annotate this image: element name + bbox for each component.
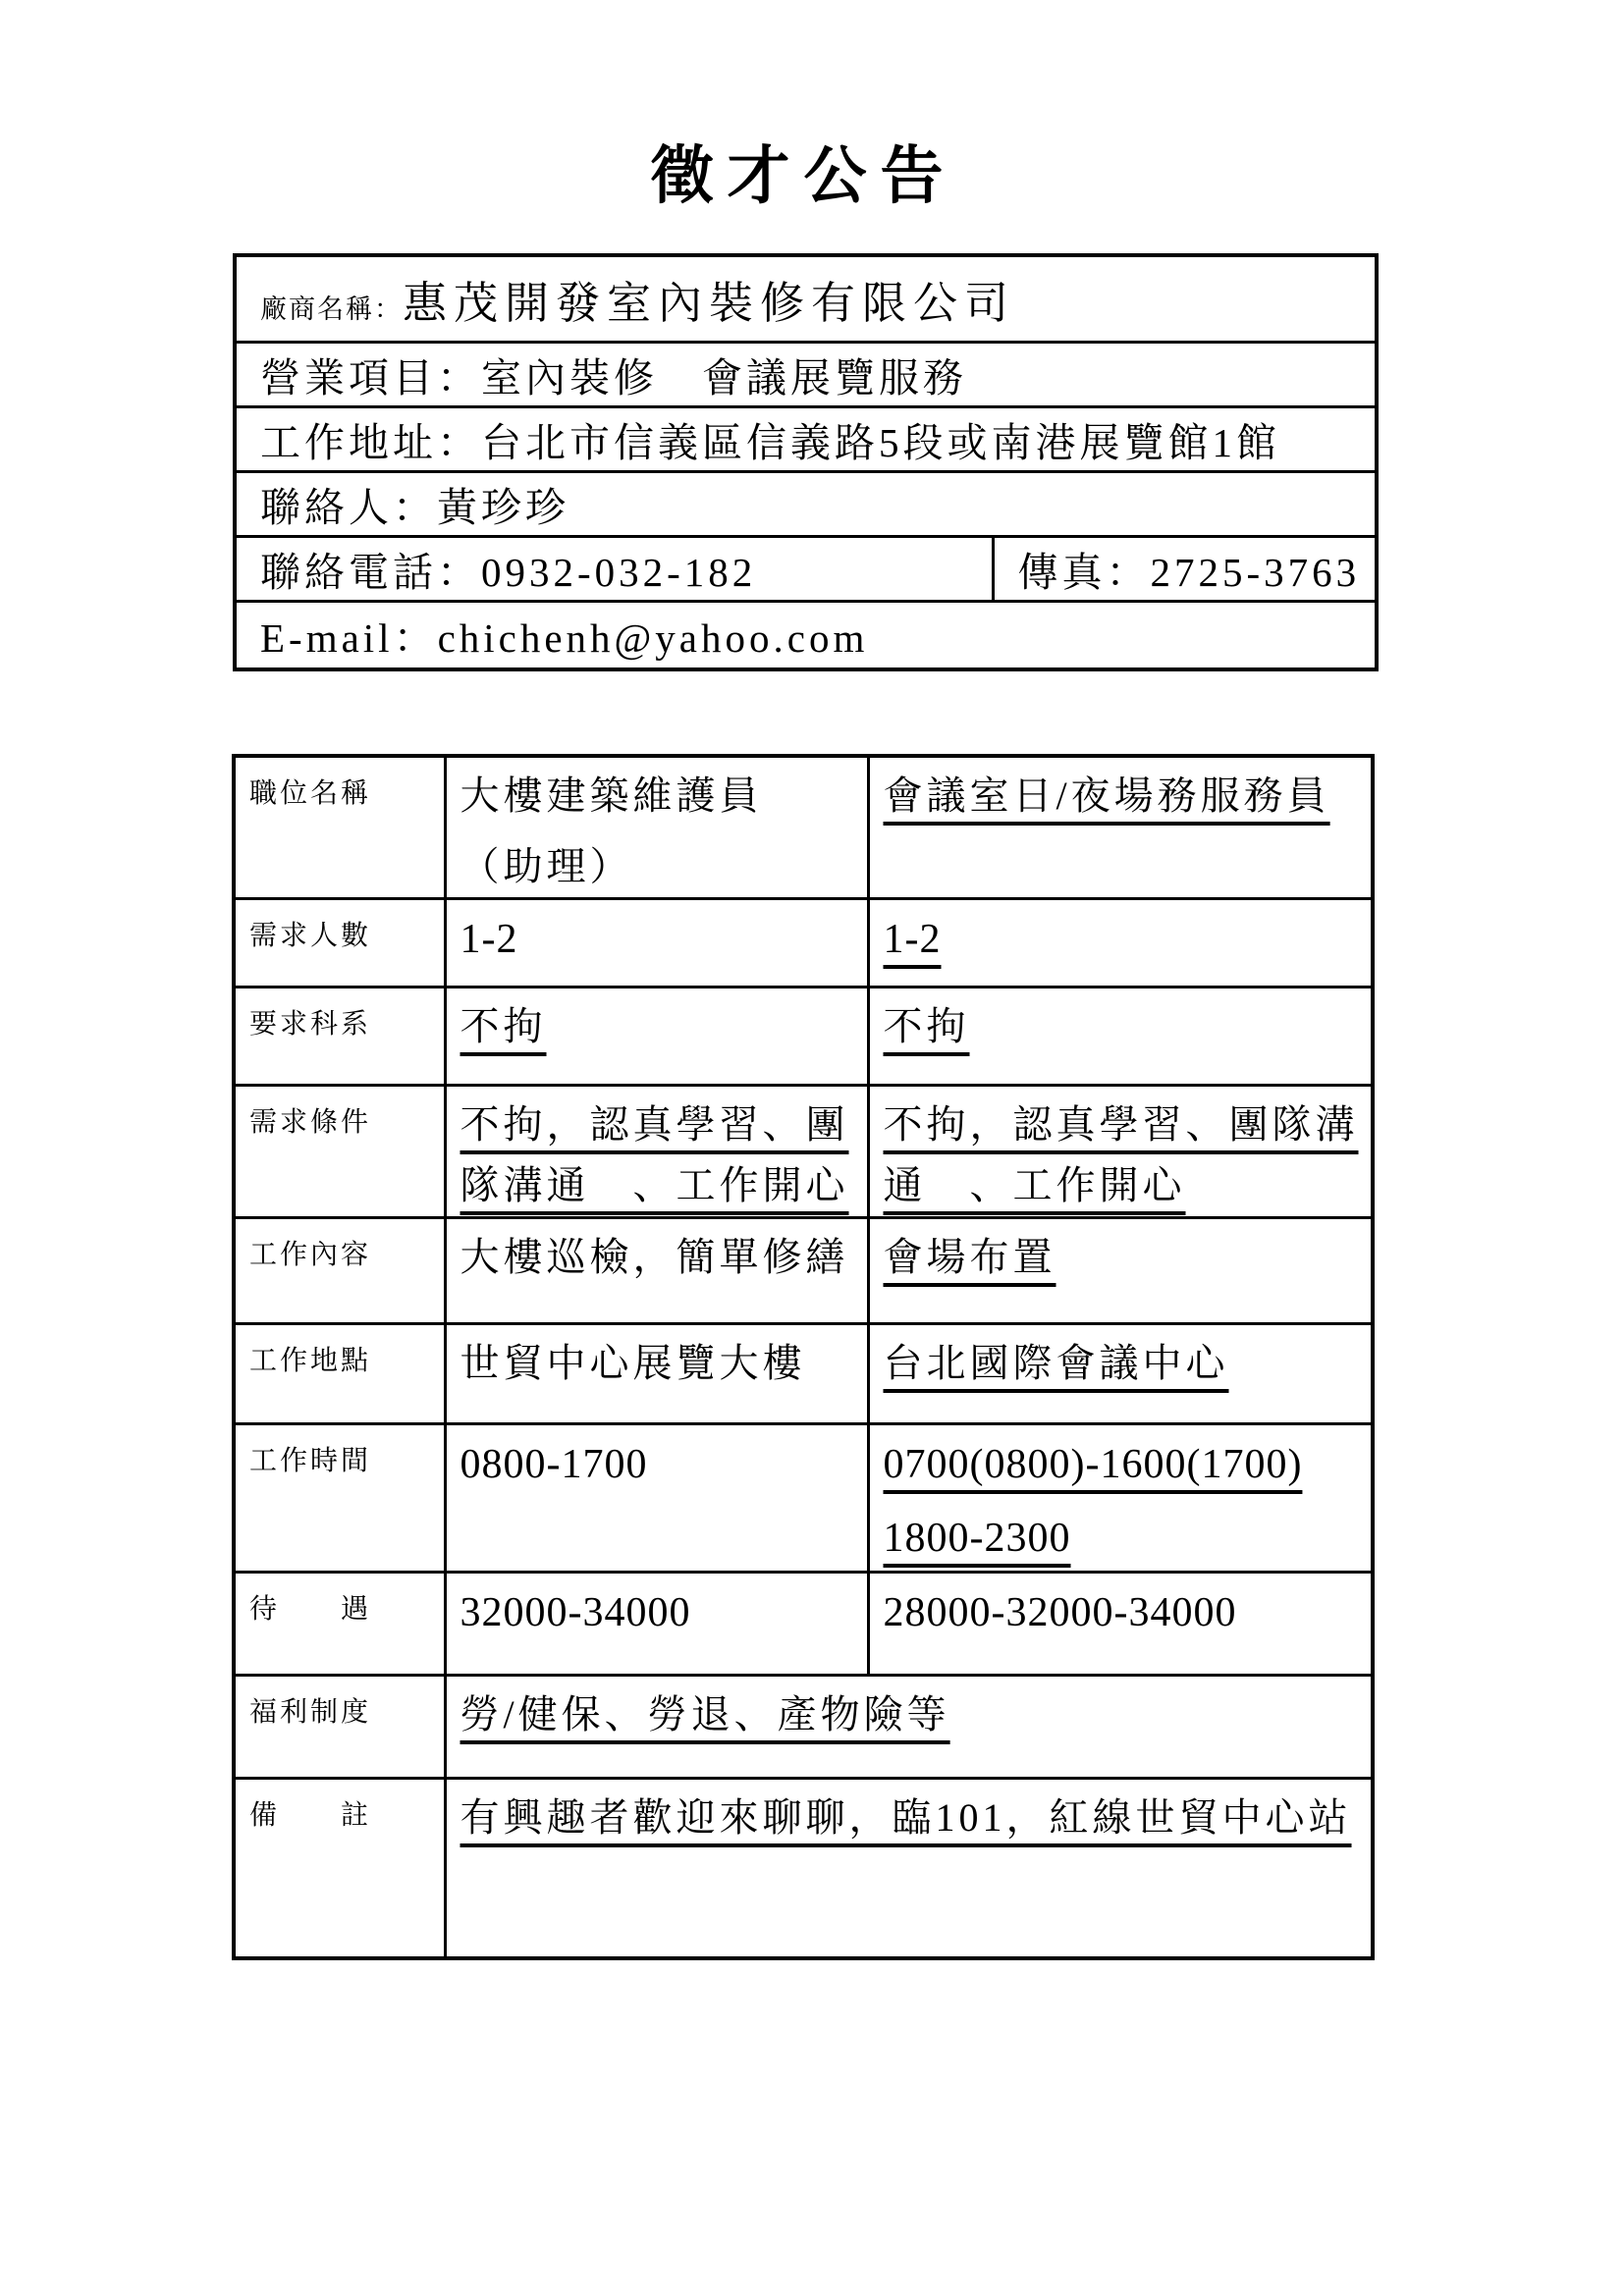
phone-fax-row: 聯絡電話：0932-032-182 傳真：2725-3763 — [235, 536, 1377, 601]
row-label: 職位名稱 — [234, 756, 445, 899]
headcount-b: 1-2 — [868, 899, 1373, 988]
salary-row: 待 遇 32000-34000 28000-32000-34000 — [234, 1573, 1373, 1676]
job-table: 職位名稱 大樓建築維護員（助理） 會議室日/夜場務服務員 需求人數 1-2 1-… — [232, 754, 1375, 1960]
job-a-title-cell: 大樓建築維護員（助理） — [445, 756, 868, 899]
job-location-row: 工作地點 世貿中心展覽大樓 台北國際會議中心 — [234, 1324, 1373, 1424]
major-b: 不拘 — [868, 988, 1373, 1086]
page-title: 徵才公告 — [233, 126, 1375, 216]
email-row: E-mail：chichenh@yahoo.com — [235, 601, 1377, 669]
row-label: 工作內容 — [234, 1218, 445, 1324]
business-row: 營業項目：室內裝修 會議展覽服務 — [235, 342, 1377, 406]
benefits-value-cell: 勞/健保、勞退、產物險等 — [445, 1676, 1373, 1779]
job-content-b-value: 會場布置 — [884, 1235, 1056, 1279]
job-b-title: 會議室日/夜場務服務員 — [884, 774, 1330, 818]
requirements-b: 不拘，認真學習、團隊溝通 、工作開心 — [868, 1086, 1373, 1218]
salary-a: 32000-34000 — [445, 1573, 868, 1676]
requirements-row: 需求條件 不拘，認真學習、團隊溝通 、工作開心 不拘，認真學習、團隊溝通 、工作… — [234, 1086, 1373, 1218]
salary-b: 28000-32000-34000 — [868, 1573, 1373, 1676]
vendor-cell: 廠商名稱：惠茂開發室內裝修有限公司 — [235, 255, 1377, 342]
remarks-row: 備 註 有興趣者歡迎來聊聊，臨101，紅線世貿中心站 — [234, 1779, 1373, 1958]
row-label: 要求科系 — [234, 988, 445, 1086]
work-hours-b: 0700(0800)-1600(1700)1800-2300 — [868, 1424, 1373, 1573]
job-location-b-value: 台北國際會議中心 — [884, 1341, 1229, 1385]
row-label: 需求條件 — [234, 1086, 445, 1218]
contact-cell: 聯絡人：黃珍珍 — [235, 471, 1377, 536]
benefits-value: 勞/健保、勞退、產物險等 — [460, 1692, 950, 1736]
job-a-title-line2: （助理） — [460, 836, 859, 897]
row-label: 需求人數 — [234, 899, 445, 988]
contact-row: 聯絡人：黃珍珍 — [235, 471, 1377, 536]
remarks-value: 有興趣者歡迎來聊聊，臨101，紅線世貿中心站 — [460, 1795, 1352, 1840]
headcount-row: 需求人數 1-2 1-2 — [234, 899, 1373, 988]
row-label: 福利制度 — [234, 1676, 445, 1779]
phone-cell: 聯絡電話：0932-032-182 — [235, 536, 993, 601]
address-row: 工作地址：台北市信義區信義路5段或南港展覽館1館 — [235, 406, 1377, 471]
benefits-row: 福利制度 勞/健保、勞退、產物險等 — [234, 1676, 1373, 1779]
row-label: 工作地點 — [234, 1324, 445, 1424]
remarks-value-cell: 有興趣者歡迎來聊聊，臨101，紅線世貿中心站 — [445, 1779, 1373, 1958]
work-hours-b-line1: 0700(0800)-1600(1700) — [884, 1442, 1303, 1487]
business-cell: 營業項目：室內裝修 會議展覽服務 — [235, 342, 1377, 406]
vendor-name: 惠茂開發室內裝修有限公司 — [403, 279, 1015, 328]
job-content-a: 大樓巡檢，簡單修繕 — [445, 1218, 868, 1324]
major-row: 要求科系 不拘 不拘 — [234, 988, 1373, 1086]
headcount-b-value: 1-2 — [884, 917, 942, 962]
work-hours-a: 0800-1700 — [445, 1424, 868, 1573]
vendor-label: 廠商名稱： — [260, 294, 403, 324]
headcount-a: 1-2 — [445, 899, 868, 988]
address-cell: 工作地址：台北市信義區信義路5段或南港展覽館1館 — [235, 406, 1377, 471]
email-cell: E-mail：chichenh@yahoo.com — [235, 601, 1377, 669]
row-label: 待 遇 — [234, 1573, 445, 1676]
requirements-b-value: 不拘，認真學習、團隊溝通 、工作開心 — [884, 1102, 1359, 1207]
requirements-a: 不拘，認真學習、團隊溝通 、工作開心 — [445, 1086, 868, 1218]
job-title-row: 職位名稱 大樓建築維護員（助理） 會議室日/夜場務服務員 — [234, 756, 1373, 899]
document-page: 徵才公告 廠商名稱：惠茂開發室內裝修有限公司 營業項目：室內裝修 會議展覽服務 … — [0, 0, 1624, 2296]
job-content-row: 工作內容 大樓巡檢，簡單修繕 會場布置 — [234, 1218, 1373, 1324]
row-label: 備 註 — [234, 1779, 445, 1958]
requirements-a-value: 不拘，認真學習、團隊溝通 、工作開心 — [460, 1102, 849, 1207]
work-hours-row: 工作時間 0800-1700 0700(0800)-1600(1700)1800… — [234, 1424, 1373, 1573]
work-hours-b-line2: 1800-2300 — [884, 1516, 1071, 1561]
major-b-value: 不拘 — [884, 1004, 970, 1048]
job-content-b: 會場布置 — [868, 1218, 1373, 1324]
job-b-title-cell: 會議室日/夜場務服務員 — [868, 756, 1373, 899]
row-label: 工作時間 — [234, 1424, 445, 1573]
fax-cell: 傳真：2725-3763 — [993, 536, 1377, 601]
job-location-b: 台北國際會議中心 — [868, 1324, 1373, 1424]
job-location-a: 世貿中心展覽大樓 — [445, 1324, 868, 1424]
major-a-value: 不拘 — [460, 1004, 547, 1048]
vendor-row: 廠商名稱：惠茂開發室內裝修有限公司 — [235, 255, 1377, 342]
job-a-title-line1: 大樓建築維護員 — [460, 766, 859, 827]
major-a: 不拘 — [445, 988, 868, 1086]
company-table: 廠商名稱：惠茂開發室內裝修有限公司 營業項目：室內裝修 會議展覽服務 工作地址：… — [233, 253, 1379, 671]
